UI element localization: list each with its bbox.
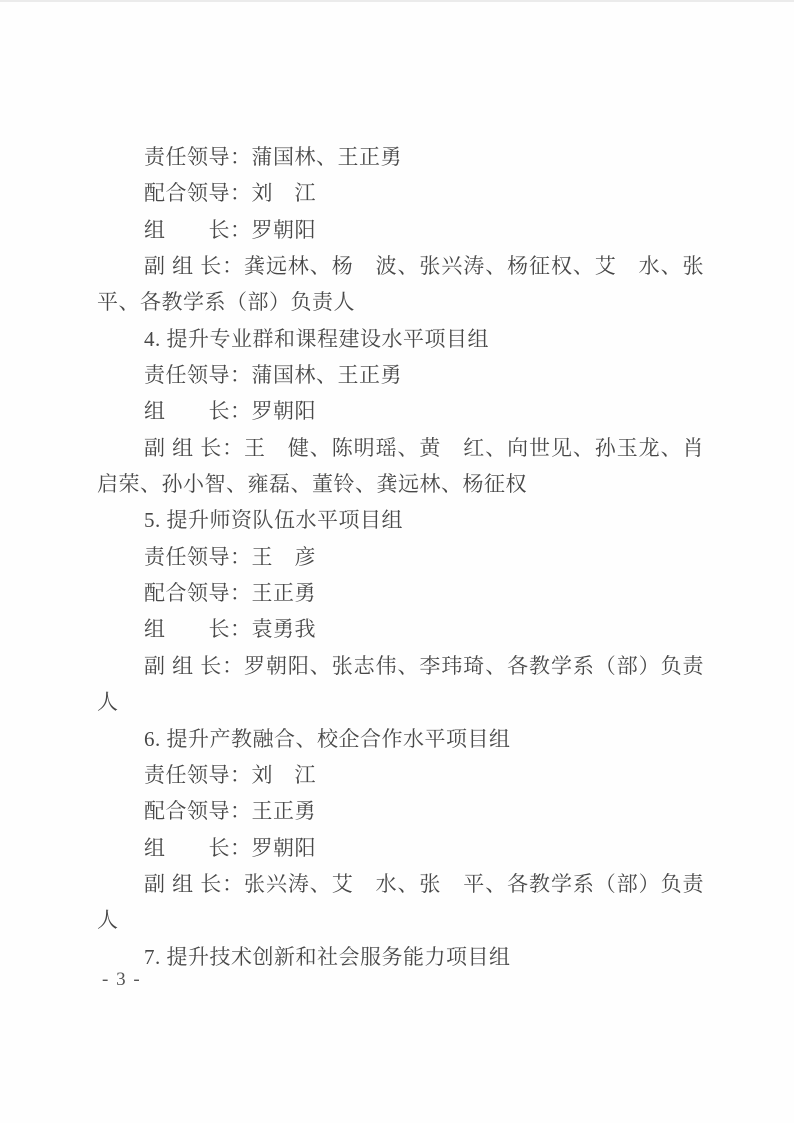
field-line-group-leader: 组 长：罗朝阳 bbox=[97, 830, 704, 866]
continuation-line: 启荣、孙小智、雍磊、董铃、龚远林、杨征权 bbox=[97, 466, 704, 502]
field-line-cooperating-leader: 配合领导：王正勇 bbox=[97, 793, 704, 829]
document-body: 责任领导：蒲国林、王正勇 配合领导：刘 江 组 长：罗朝阳 副 组 长：龚远林、… bbox=[97, 139, 704, 975]
section-heading-4: 4. 提升专业群和课程建设水平项目组 bbox=[97, 321, 704, 357]
field-line-group-leader: 组 长：罗朝阳 bbox=[97, 393, 704, 429]
continuation-line: 平、各教学系（部）负责人 bbox=[97, 284, 704, 320]
field-line-responsible-leader: 责任领导：刘 江 bbox=[97, 757, 704, 793]
field-line-group-leader: 组 长：罗朝阳 bbox=[97, 212, 704, 248]
section-heading-7: 7. 提升技术创新和社会服务能力项目组 bbox=[97, 939, 704, 975]
field-line-responsible-leader: 责任领导：王 彦 bbox=[97, 539, 704, 575]
field-line-deputy-leaders: 副 组 长：罗朝阳、张志伟、李玮琦、各教学系（部）负责 bbox=[97, 648, 704, 684]
document-page: 责任领导：蒲国林、王正勇 配合领导：刘 江 组 长：罗朝阳 副 组 长：龚远林、… bbox=[0, 0, 794, 1123]
page-number: - 3 - bbox=[102, 969, 141, 991]
field-line-deputy-leaders: 副 组 长：张兴涛、艾 水、张 平、各教学系（部）负责 bbox=[97, 866, 704, 902]
field-line-responsible-leader: 责任领导：蒲国林、王正勇 bbox=[97, 357, 704, 393]
field-line-deputy-leaders: 副 组 长：龚远林、杨 波、张兴涛、杨征权、艾 水、张 bbox=[97, 248, 704, 284]
section-heading-6: 6. 提升产教融合、校企合作水平项目组 bbox=[97, 721, 704, 757]
section-heading-5: 5. 提升师资队伍水平项目组 bbox=[97, 502, 704, 538]
field-line-group-leader: 组 长：袁勇我 bbox=[97, 611, 704, 647]
field-line-cooperating-leader: 配合领导：王正勇 bbox=[97, 575, 704, 611]
continuation-line: 人 bbox=[97, 684, 704, 720]
field-line-responsible-leader: 责任领导：蒲国林、王正勇 bbox=[97, 139, 704, 175]
continuation-line: 人 bbox=[97, 902, 704, 938]
field-line-deputy-leaders: 副 组 长：王 健、陈明瑶、黄 红、向世见、孙玉龙、肖 bbox=[97, 430, 704, 466]
scan-artifact-top-edge bbox=[0, 0, 794, 2]
field-line-cooperating-leader: 配合领导：刘 江 bbox=[97, 175, 704, 211]
